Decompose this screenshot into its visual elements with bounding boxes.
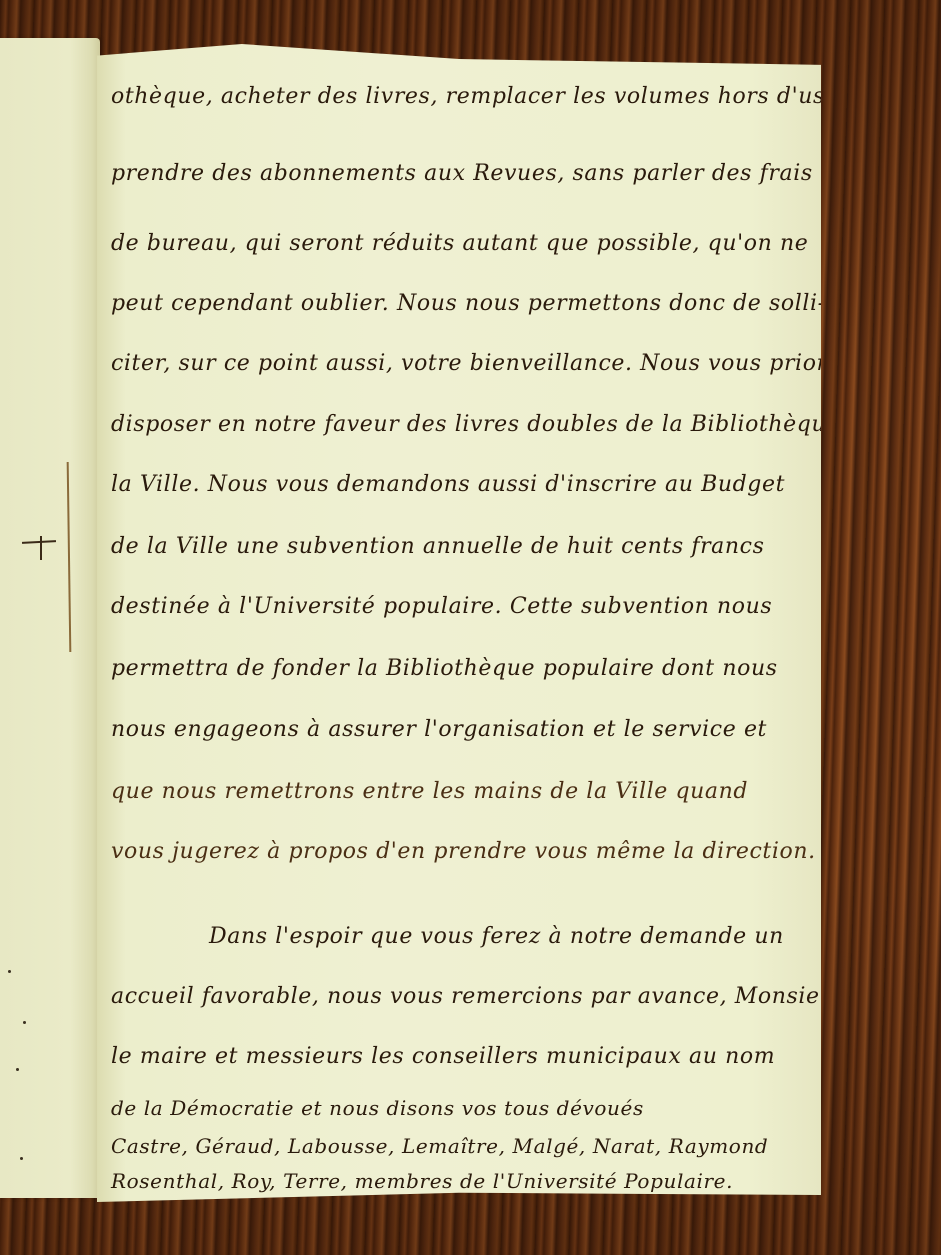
letter-line: que nous remettrons entre les mains de l… (111, 779, 748, 804)
letter-page: othèque, acheter des livres, remplacer l… (97, 44, 821, 1202)
closing-line: Dans l'espoir que vous ferez à notre dem… (209, 924, 784, 949)
letter-line: la Ville. Nous vous demandons aussi d'in… (111, 472, 785, 497)
letter-line: prendre des abonnements aux Revues, sans… (111, 161, 813, 186)
letter-line: de bureau, qui seront réduits autant que… (111, 231, 808, 256)
paper-speck (20, 1157, 23, 1160)
letter-line: nous engageons à assurer l'organisation … (111, 717, 767, 742)
letter-line: destinée à l'Université populaire. Cette… (111, 594, 772, 619)
closing-line: de la Démocratie et nous disons vos tous… (111, 1096, 644, 1120)
margin-cross-mark (22, 540, 56, 544)
left-page (0, 38, 100, 1198)
letter-line: de la Ville une subvention annuelle de h… (111, 534, 764, 559)
letter-line: peut cependant oublier. Nous nous permet… (111, 291, 826, 316)
letter-line: permettra de fonder la Bibliothèque popu… (111, 656, 778, 681)
signature-line: Castre, Géraud, Labousse, Lemaître, Malg… (111, 1134, 768, 1158)
paper-speck (16, 1068, 19, 1071)
paper-speck (8, 970, 11, 973)
paper-speck (23, 1021, 26, 1024)
margin-cross-mark-stem (40, 536, 42, 560)
letter-line: citer, sur ce point aussi, votre bienvei… (111, 351, 879, 376)
letter-line: disposer en notre faveur des livres doub… (111, 412, 876, 437)
closing-line: le maire et messieurs les conseillers mu… (111, 1044, 775, 1069)
letter-line: othèque, acheter des livres, remplacer l… (111, 84, 875, 109)
closing-line: accueil favorable, nous vous remercions … (111, 984, 846, 1009)
letter-line: vous jugerez à propos d'en prendre vous … (111, 839, 816, 864)
signature-line: Rosenthal, Roy, Terre, membres de l'Univ… (111, 1169, 733, 1193)
margin-vertical-line (67, 462, 72, 652)
